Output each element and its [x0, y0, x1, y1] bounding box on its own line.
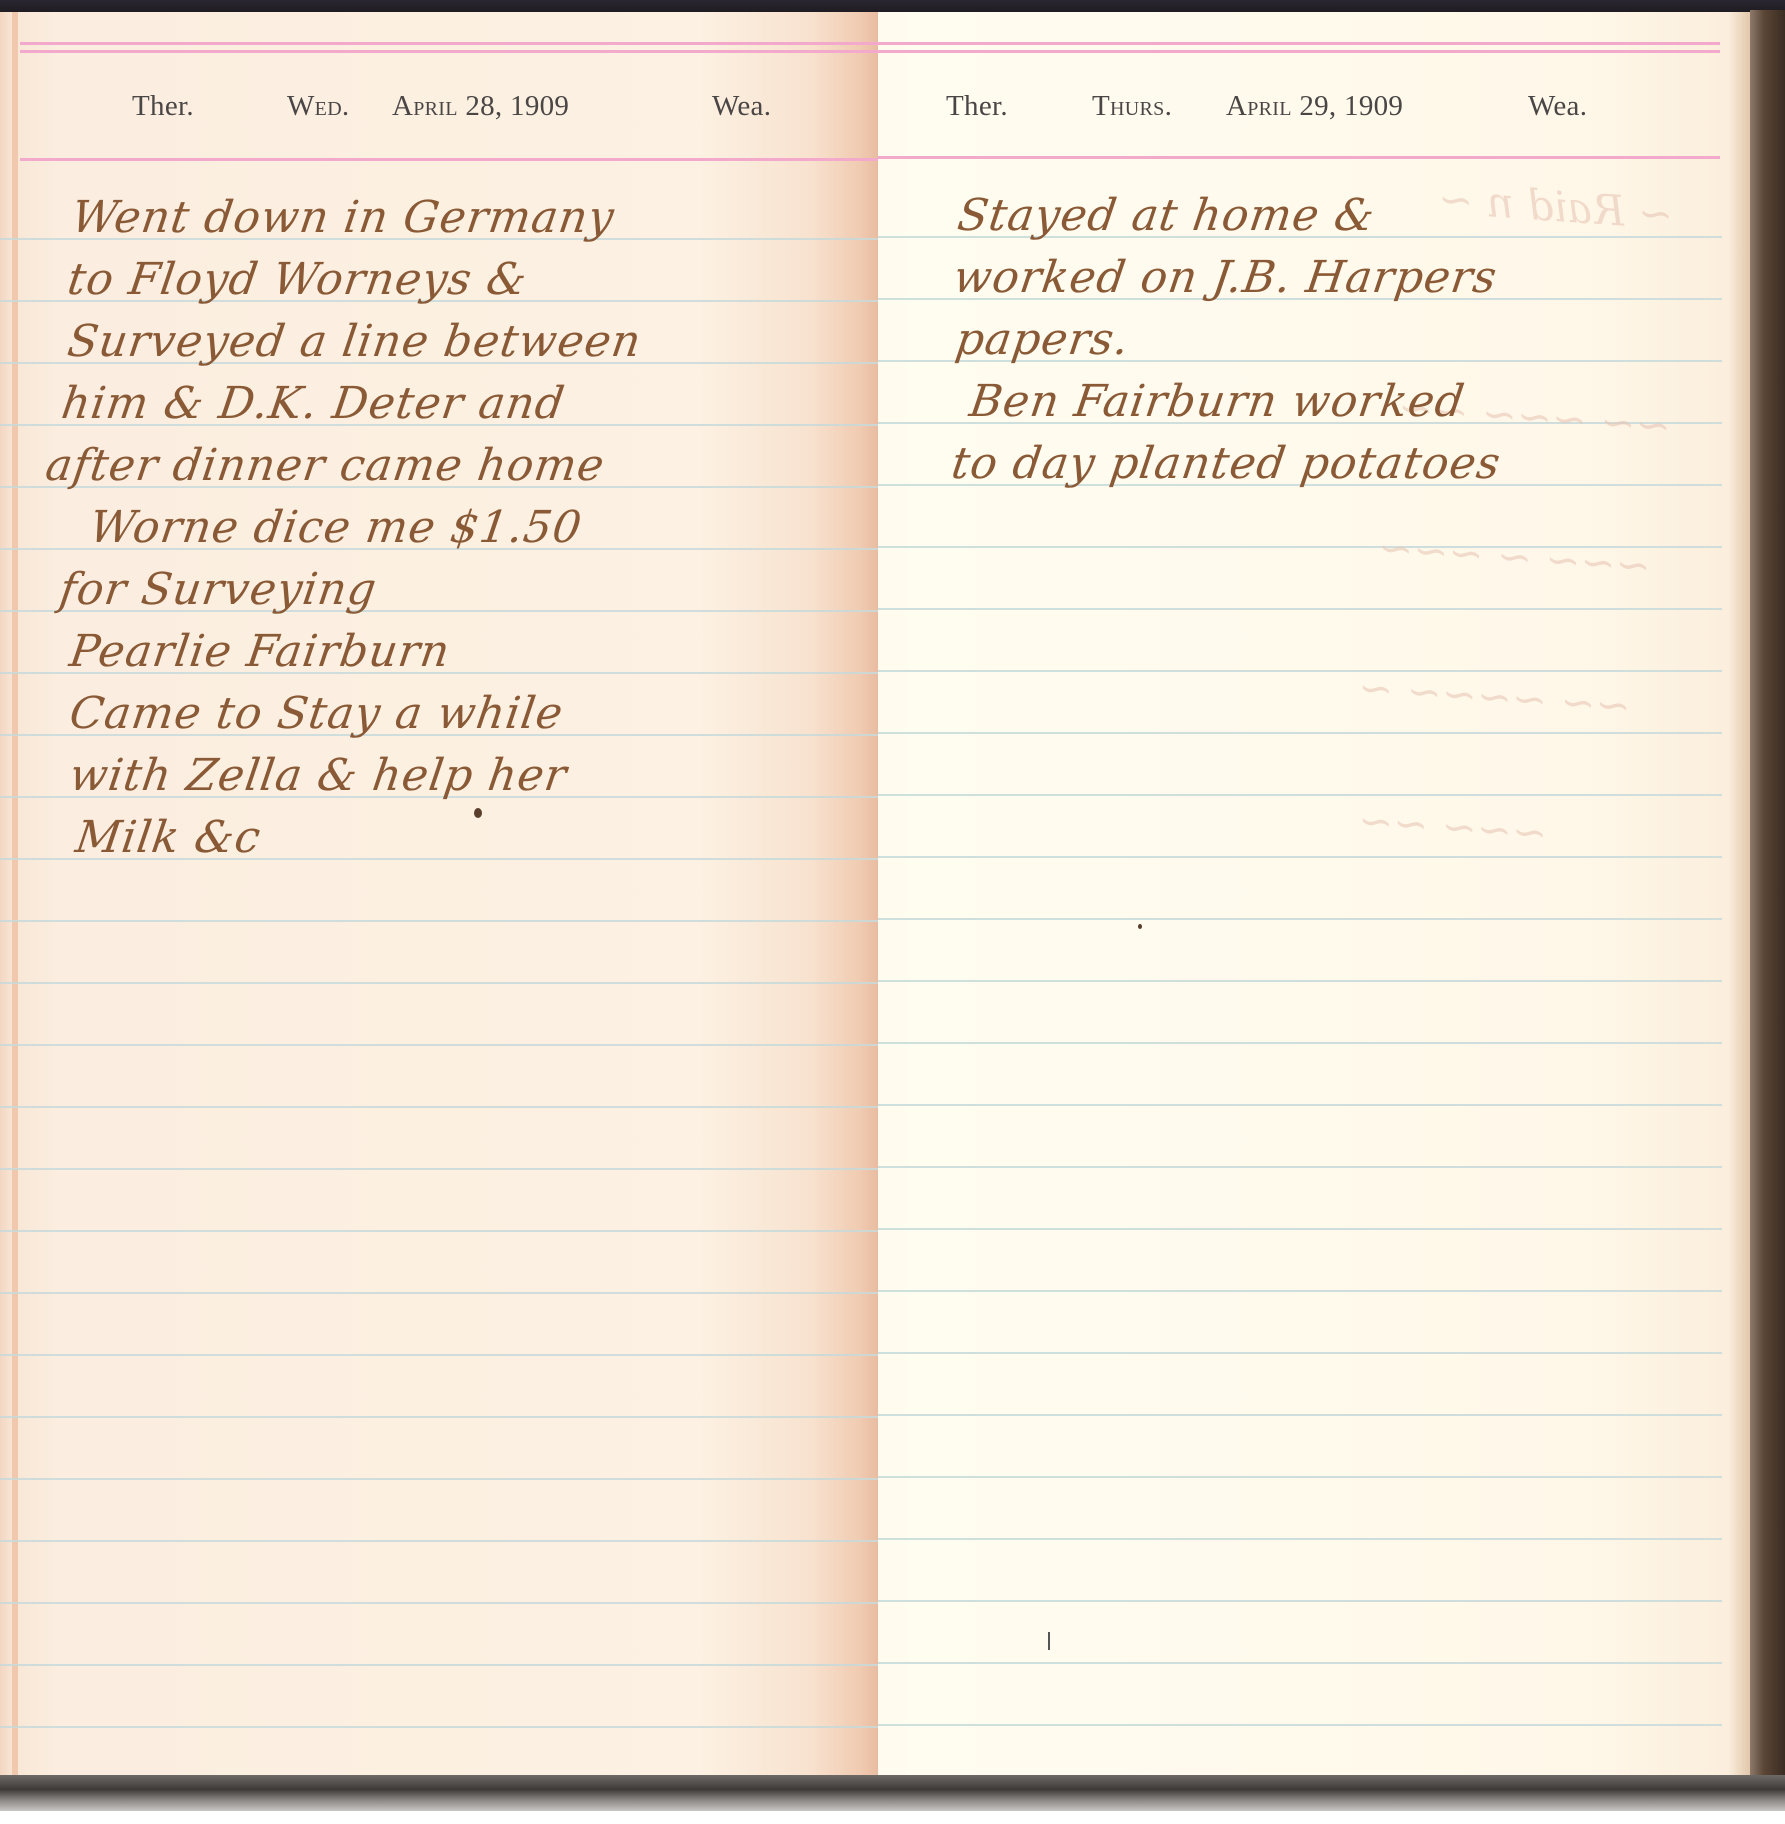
entry-line: Came to Stay a while [66, 688, 566, 739]
ruled-line [878, 1662, 1722, 1664]
entry-line: with Zella & help her [66, 750, 570, 801]
ruled-line [878, 1166, 1722, 1168]
ruled-line [878, 918, 1722, 920]
bleed-through-text: ~~~ ~~ [1357, 795, 1549, 857]
ruled-line [878, 794, 1722, 796]
entry-line: Surveyed a line between [64, 316, 644, 367]
ruled-line [0, 1478, 878, 1480]
ruled-line [0, 920, 878, 922]
ruled-line [878, 1414, 1722, 1416]
entry-line: after dinner came home [42, 440, 608, 491]
header-underline [20, 158, 878, 161]
ruled-line [878, 1538, 1722, 1540]
entry-line: Went down in Germany [68, 192, 617, 243]
ruled-line [0, 1540, 878, 1542]
ruled-line [878, 670, 1722, 672]
ruled-line [0, 1292, 878, 1294]
ruled-line [0, 1416, 878, 1418]
ruled-line [0, 1168, 878, 1170]
ruled-line [878, 1476, 1722, 1478]
entry-line: worked on J.B. Harpers [950, 252, 1500, 303]
thermometer-label: Ther. [132, 90, 194, 123]
ruled-line [878, 856, 1722, 858]
ruled-line [878, 1600, 1722, 1602]
date-label: April 29, 1909 [1226, 90, 1403, 123]
book-cover-bottom [0, 1775, 1785, 1811]
entry-line: for Surveying [56, 564, 380, 615]
header-double-rule-top [20, 42, 878, 45]
entry-line: to day planted potatoes [948, 438, 1504, 489]
ruled-line [0, 982, 878, 984]
header-double-rule-bottom [878, 50, 1720, 53]
right-page: Ther. Thurs. April 29, 1909 Wea. ~ Raid … [878, 12, 1750, 1778]
entry-line: him & D.K. Deter and [58, 378, 568, 429]
ruled-line [0, 1044, 878, 1046]
ink-speck [1138, 924, 1142, 929]
bleed-through-text: ~~~ ~ ~~~ [1377, 523, 1653, 591]
day-label: Wed. [287, 90, 349, 123]
ruled-line [0, 1230, 878, 1232]
header-underline [878, 156, 1720, 159]
page-edge [12, 12, 18, 1778]
entry-line: Milk &c [72, 812, 264, 863]
ruled-line [0, 1726, 878, 1728]
right-page-header: Ther. Thurs. April 29, 1909 Wea. [878, 90, 1750, 130]
entry-line: Worne dice me $1.50 [86, 502, 585, 553]
ruled-line [0, 1354, 878, 1356]
ruled-line [878, 1724, 1722, 1726]
date-label: April 28, 1909 [392, 90, 569, 123]
ruled-line [878, 1104, 1722, 1106]
ruled-line [878, 732, 1722, 734]
ink-mark [1048, 1632, 1050, 1650]
ruled-line [878, 608, 1722, 610]
entry-line: Ben Fairburn worked [966, 376, 1468, 427]
thermometer-label: Ther. [946, 90, 1008, 123]
ink-blot [474, 808, 482, 818]
left-page-header: Ther. Wed. April 28, 1909 Wea. [0, 90, 878, 130]
left-page: Ther. Wed. April 28, 1909 Wea. Went down… [0, 12, 878, 1778]
ruled-line [878, 980, 1722, 982]
entry-line: papers. [952, 314, 1132, 365]
entry-line: Stayed at home & [954, 190, 1378, 241]
ruled-line [878, 1042, 1722, 1044]
day-label: Thurs. [1092, 90, 1172, 123]
ruled-line [878, 1228, 1722, 1230]
bleed-through-text: ~ Raid n ~ [1437, 174, 1675, 239]
entry-line: to Floyd Worneys & [64, 254, 530, 305]
ruled-line [878, 1352, 1722, 1354]
ruled-line [0, 1602, 878, 1604]
weather-label: Wea. [1528, 90, 1587, 123]
weather-label: Wea. [712, 90, 771, 123]
ruled-line [0, 1664, 878, 1666]
book-cover-edge [1750, 10, 1785, 1785]
header-double-rule-top [878, 42, 1720, 45]
ruled-line [0, 1106, 878, 1108]
ruled-line [878, 1290, 1722, 1292]
bleed-through-text: ~~ ~~~~ ~ [1357, 663, 1633, 731]
entry-line: Pearlie Fairburn [66, 626, 453, 677]
header-double-rule-bottom [20, 50, 878, 53]
